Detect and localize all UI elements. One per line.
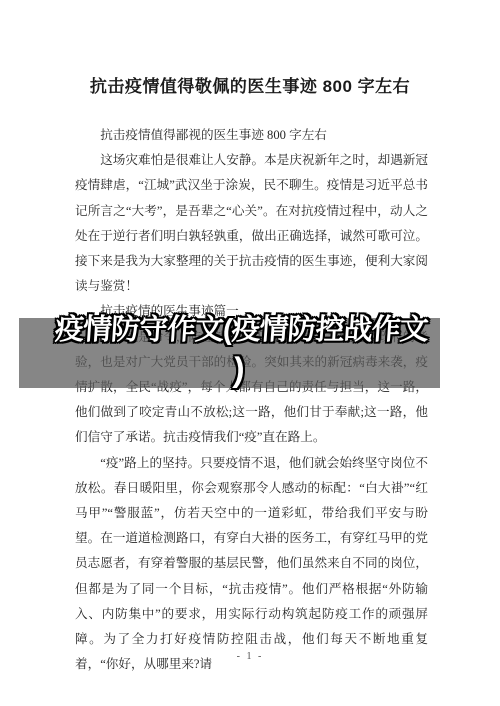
document-body: 抗击疫情值得鄙视的医生事迹 800 字左右 这场灾难怕是很难让人安静。本是庆祝新… bbox=[75, 123, 428, 677]
document-title: 抗击疫情值得敬佩的医生事迹 800 字左右 bbox=[0, 72, 500, 97]
subtitle-line: 抗击疫情值得鄙视的医生事迹 800 字左右 bbox=[75, 123, 428, 148]
watermark-band bbox=[19, 318, 440, 388]
document-page: 抗击疫情值得敬佩的医生事迹 800 字左右 抗击疫情值得鄙视的医生事迹 800 … bbox=[0, 0, 500, 706]
intro-paragraph: 这场灾难怕是很难让人安静。本是庆祝新年之时，却遇新冠疫情肆虐，“江城”武汉坐于涂… bbox=[75, 148, 428, 299]
body-paragraph-2: “疫”路上的坚持。只要疫情不退，他们就会始终坚守岗位不放松。春日暖阳里，你会观察… bbox=[75, 451, 428, 678]
